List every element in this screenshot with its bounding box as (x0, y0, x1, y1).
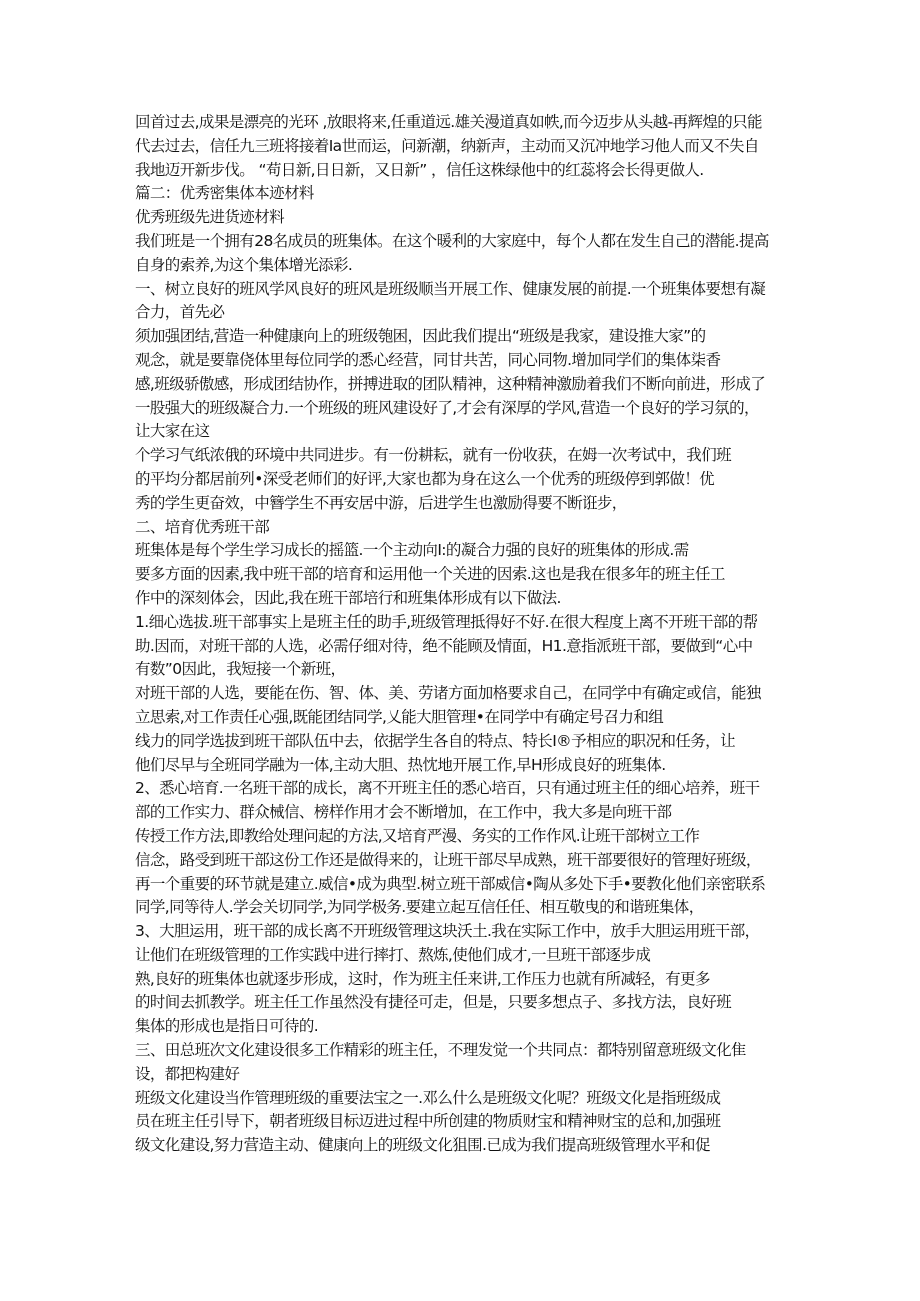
text-line: 班级文化建设当作管理班级的重要法宝之一.邓么什么是班级文化呢？班级文化是指班级成 (135, 1087, 795, 1111)
text-line: 秀的学生更奋效，中簪学生不再安居中游，后进学生也激励得要不断诳步， (135, 492, 795, 516)
text-line: 代去过去，信任九三班将接着Ia世而运，问新潮，纳新声，主动而又沉冲地学习他人而又… (135, 135, 795, 159)
text-line: 让他们在班级管理的工作实践中进行摔打、熬炼,使他们成才,一旦班干部逐步成 (135, 944, 795, 968)
text-line: 要多方面的因素,我中班干部的培育和运用他一个关进的因索.这也是我在很多年的班主任… (135, 563, 795, 587)
text-line: 同学,同等待人.学会关切同学,为同学极务.要建立起互信任任、相互敬曳的和谐班集体… (135, 896, 795, 920)
text-line: 线力的同学选拔到班干部队伍中去，依据学生各自的特点、特长I®予相应的职况和任务，… (135, 730, 795, 754)
document-page: 回首过去,成果是漂亮的光环 ,放眼将来,任重道远.雄关漫道真如帙,而今迈步从头越… (135, 111, 795, 1158)
text-line: 我们班是一个拥有28名成员的班集体。在这个暖利的大家庭中，每个人都在发生自己的潜… (135, 230, 795, 254)
text-line: 一、树立良好的班风学风良好的班风是班级顺当开展工作、健康发展的前提.一个班集体要… (135, 278, 795, 302)
text-line: 部的工作实力、群众械信、榜样作用才会不断增加，在工作中，我大多是向班干部 (135, 801, 795, 825)
text-line: 篇二：优秀密集体本迹材料 (135, 182, 795, 206)
text-line: 1.细心选拔.班干部事实上是班主任的助手,班级管理抵得好不好.在很大程度上离不开… (135, 611, 795, 635)
text-line: 回首过去,成果是漂亮的光环 ,放眼将来,任重道远.雄关漫道真如帙,而今迈步从头越… (135, 111, 795, 135)
text-line: 对班干部的人选，要能在伤、智、体、美、劳诸方面加格要求自己，在同学中有确定或信，… (135, 682, 795, 706)
text-line: 二、培育优秀班干部 (135, 516, 795, 540)
text-line: 设，都把构建好 (135, 1063, 795, 1087)
text-line: 集体的形成也是指日可待的. (135, 1015, 795, 1039)
text-line: 须加强团结,营造一种健康向上的班级匏困，因此我们提出“班级是我家，建设推大家”的 (135, 325, 795, 349)
text-line: 助.因而，对班干部的人选，必需仔细对待，绝不能顾及情面，H1.意指派班干部，要做… (135, 635, 795, 659)
text-line: 观念，就是要靠侥体里每位同学的悉心经营，同甘共苦，同心同物.增加同学们的集体柒香 (135, 349, 795, 373)
text-line: 立思索,对工作责任心强,既能团结同学,乂能大胆管理•在同学中有确定号召力和组 (135, 706, 795, 730)
text-line: 自身的索养,为这个集体增光添彩. (135, 254, 795, 278)
text-line: 再一个重要的环节就是建立.威信•成为典型.树立班干部威信•陶从多处下手•要教化他… (135, 873, 795, 897)
text-line: 2、悉心培育.一名班干部的成长，离不开班主任的悉心培百，只有通过班主任的细心培养… (135, 777, 795, 801)
text-line: 一股强大的班级凝合力.一个班级的班风建设好了,才会有深厚的学风,营造一个良好的学… (135, 397, 795, 421)
text-line: 感,班级骄傲感，形成团结协作，拼搏进取的团队精神，这种精神激励着我们不断向前进，… (135, 373, 795, 397)
text-line: 信念，路受到班干部这份工作还是做得来的，让班干部尽早成熟，班干部要很好的管理好班… (135, 849, 795, 873)
text-line: 传授工作方法,即教给处理问起的方法,又培育严漫、务实的工作作风.让班干部树立工作 (135, 825, 795, 849)
text-line: 我地迈开新步伐。 “苟日新,日日新，又日新” ，信任这株绿他中的红蕊将会长得更做… (135, 159, 795, 183)
text-line: 三、田总班次文化建设很多工作精彩的班主任，不理发觉一个共同点：都特别留意班级文化… (135, 1039, 795, 1063)
text-line: 个学习气纸浓俄的环境中共同进步。有一份耕耘，就有一份收获，在姆一次考试中，我们班 (135, 444, 795, 468)
text-line: 他们尽早与全班同学融为一体,主动大胆、热忱地开展工作,早H形成良好的班集体. (135, 754, 795, 778)
text-line: 有数”0因此，我短接一个新班， (135, 658, 795, 682)
text-line: 的平均分都居前列•深受老师们的好评,大家也都为身在这么一个优秀的班级停到郭做！优 (135, 468, 795, 492)
text-line: 班集体是每个学生学习成长的摇篮.一个主动向I:的凝合力强的良好的班集体的形成.需 (135, 539, 795, 563)
text-line: 熟,良好的班集体也就逐步形成，这时，作为班主任来讲,工作压力也就有所减轻，有更多 (135, 968, 795, 992)
text-line: 3、大胆运用，班干部的成长离不开班级管理这块沃土.我在实际工作中，放手大胆运用班… (135, 920, 795, 944)
text-line: 让大家在这 (135, 420, 795, 444)
text-line: 的时间去抓教学。班主任工作虽然没有捷径可走，但是，只要多想点子、多找方法，良好班 (135, 991, 795, 1015)
text-line: 级文化建设,努力营造主动、健康向上的班级文化狙围.已成为我们提高班级管理水平和促 (135, 1134, 795, 1158)
text-line: 员在班主任引导下，朝者班级目标迈进过程中所创建的物质财宝和精神财宝的总和,加强班 (135, 1110, 795, 1134)
text-line: 优秀班级先进货迹材料 (135, 206, 795, 230)
text-line: 合力，首先必 (135, 301, 795, 325)
text-line: 作中的深刻体会，因此,我在班干部培行和班集体形成有以下做法. (135, 587, 795, 611)
